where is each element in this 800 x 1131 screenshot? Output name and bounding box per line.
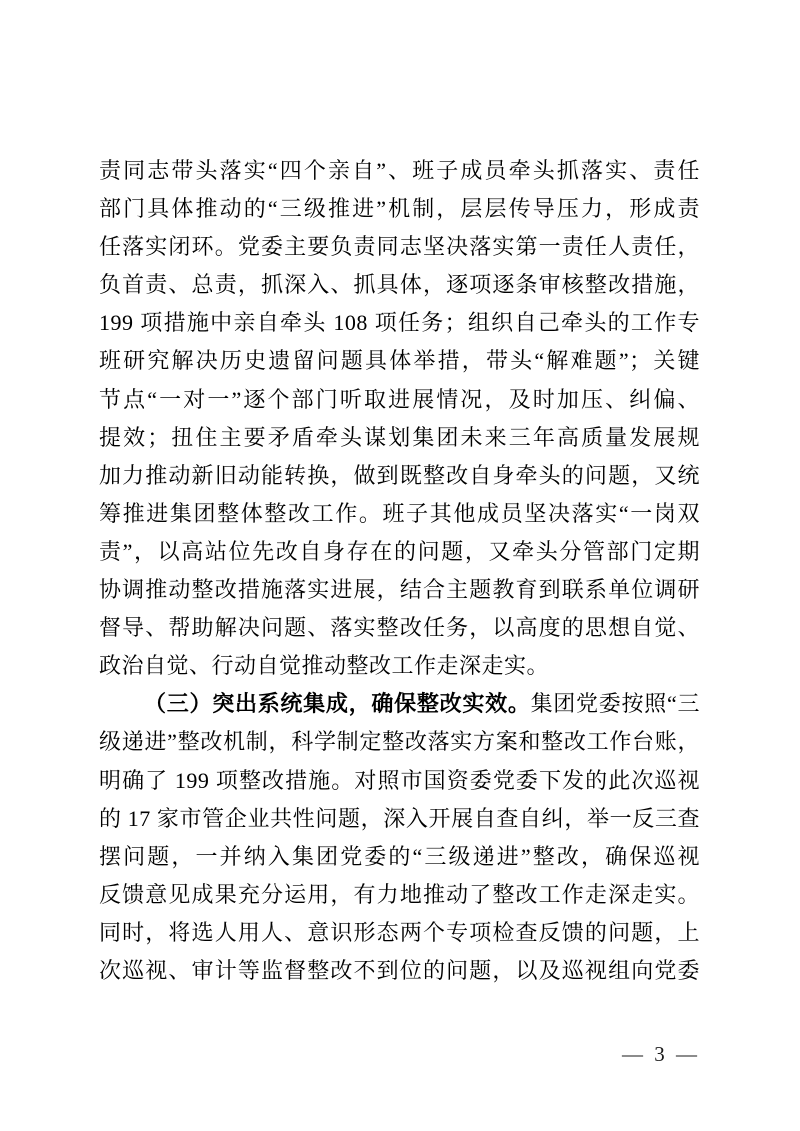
text-line: 负首责、总责，抓深入、抓具体，逐项逐条审核整改措施， (99, 266, 700, 304)
text-line: 部门具体推动的“三级推进”机制，层层传导压力，形成责 (99, 190, 700, 228)
text-line: 政治自觉、行动自觉推动整改工作走深走实。 (99, 647, 700, 685)
text-line: 次巡视、审计等监督整改不到位的问题，以及巡视组向党委 (99, 952, 700, 990)
text-line: 的 17 家市管企业共性问题，深入开展自查自纠，举一反三查 (99, 800, 700, 838)
text-line: 筹推进集团整体整改工作。班子其他成员坚决落实“一岗双 (99, 495, 700, 533)
page-number: — 3 — (622, 1040, 700, 1068)
document-body: 责同志带头落实“四个亲自”、班子成员牵头抓落实、责任部门具体推动的“三级推进”机… (99, 152, 700, 990)
text-line: 节点“一对一”逐个部门听取进展情况，及时加压、纠偏、 (99, 381, 700, 419)
document-page: 责同志带头落实“四个亲自”、班子成员牵头抓落实、责任部门具体推动的“三级推进”机… (0, 0, 800, 1131)
text-line: 协调推动整改措施落实进展，结合主题教育到联系单位调研 (99, 571, 700, 609)
text-line: （三）突出系统集成，确保整改实效。集团党委按照“三 (99, 685, 700, 723)
text-line: 责”，以高站位先改自身存在的问题，又牵头分管部门定期 (99, 533, 700, 571)
text-segment: 集团党委按照“三 (531, 691, 700, 716)
text-line: 反馈意见成果充分运用，有力地推动了整改工作走深走实。 (99, 876, 700, 914)
text-line: 同时，将选人用人、意识形态两个专项检查反馈的问题，上 (99, 914, 700, 952)
text-segment: （三）突出系统集成，确保整改实效。 (144, 691, 531, 716)
text-line: 摆问题，一并纳入集团党委的“三级递进”整改，确保巡视 (99, 838, 700, 876)
text-line: 明确了 199 项整改措施。对照市国资委党委下发的此次巡视 (99, 762, 700, 800)
text-line: 班研究解决历史遗留问题具体举措，带头“解难题”；关键 (99, 342, 700, 380)
text-line: 提效；扭住主要矛盾牵头谋划集团未来三年高质量发展规划， (99, 419, 700, 457)
text-line: 督导、帮助解决问题、落实整改任务，以高度的思想自觉、 (99, 609, 700, 647)
text-line: 任落实闭环。党委主要负责同志坚决落实第一责任人责任， (99, 228, 700, 266)
text-line: 责同志带头落实“四个亲自”、班子成员牵头抓落实、责任 (99, 152, 700, 190)
text-line: 加力推动新旧动能转换，做到既整改自身牵头的问题，又统 (99, 457, 700, 495)
text-line: 级递进”整改机制，科学制定整改落实方案和整改工作台账， (99, 723, 700, 761)
text-line: 199 项措施中亲自牵头 108 项任务；组织自己牵头的工作专 (99, 304, 700, 342)
